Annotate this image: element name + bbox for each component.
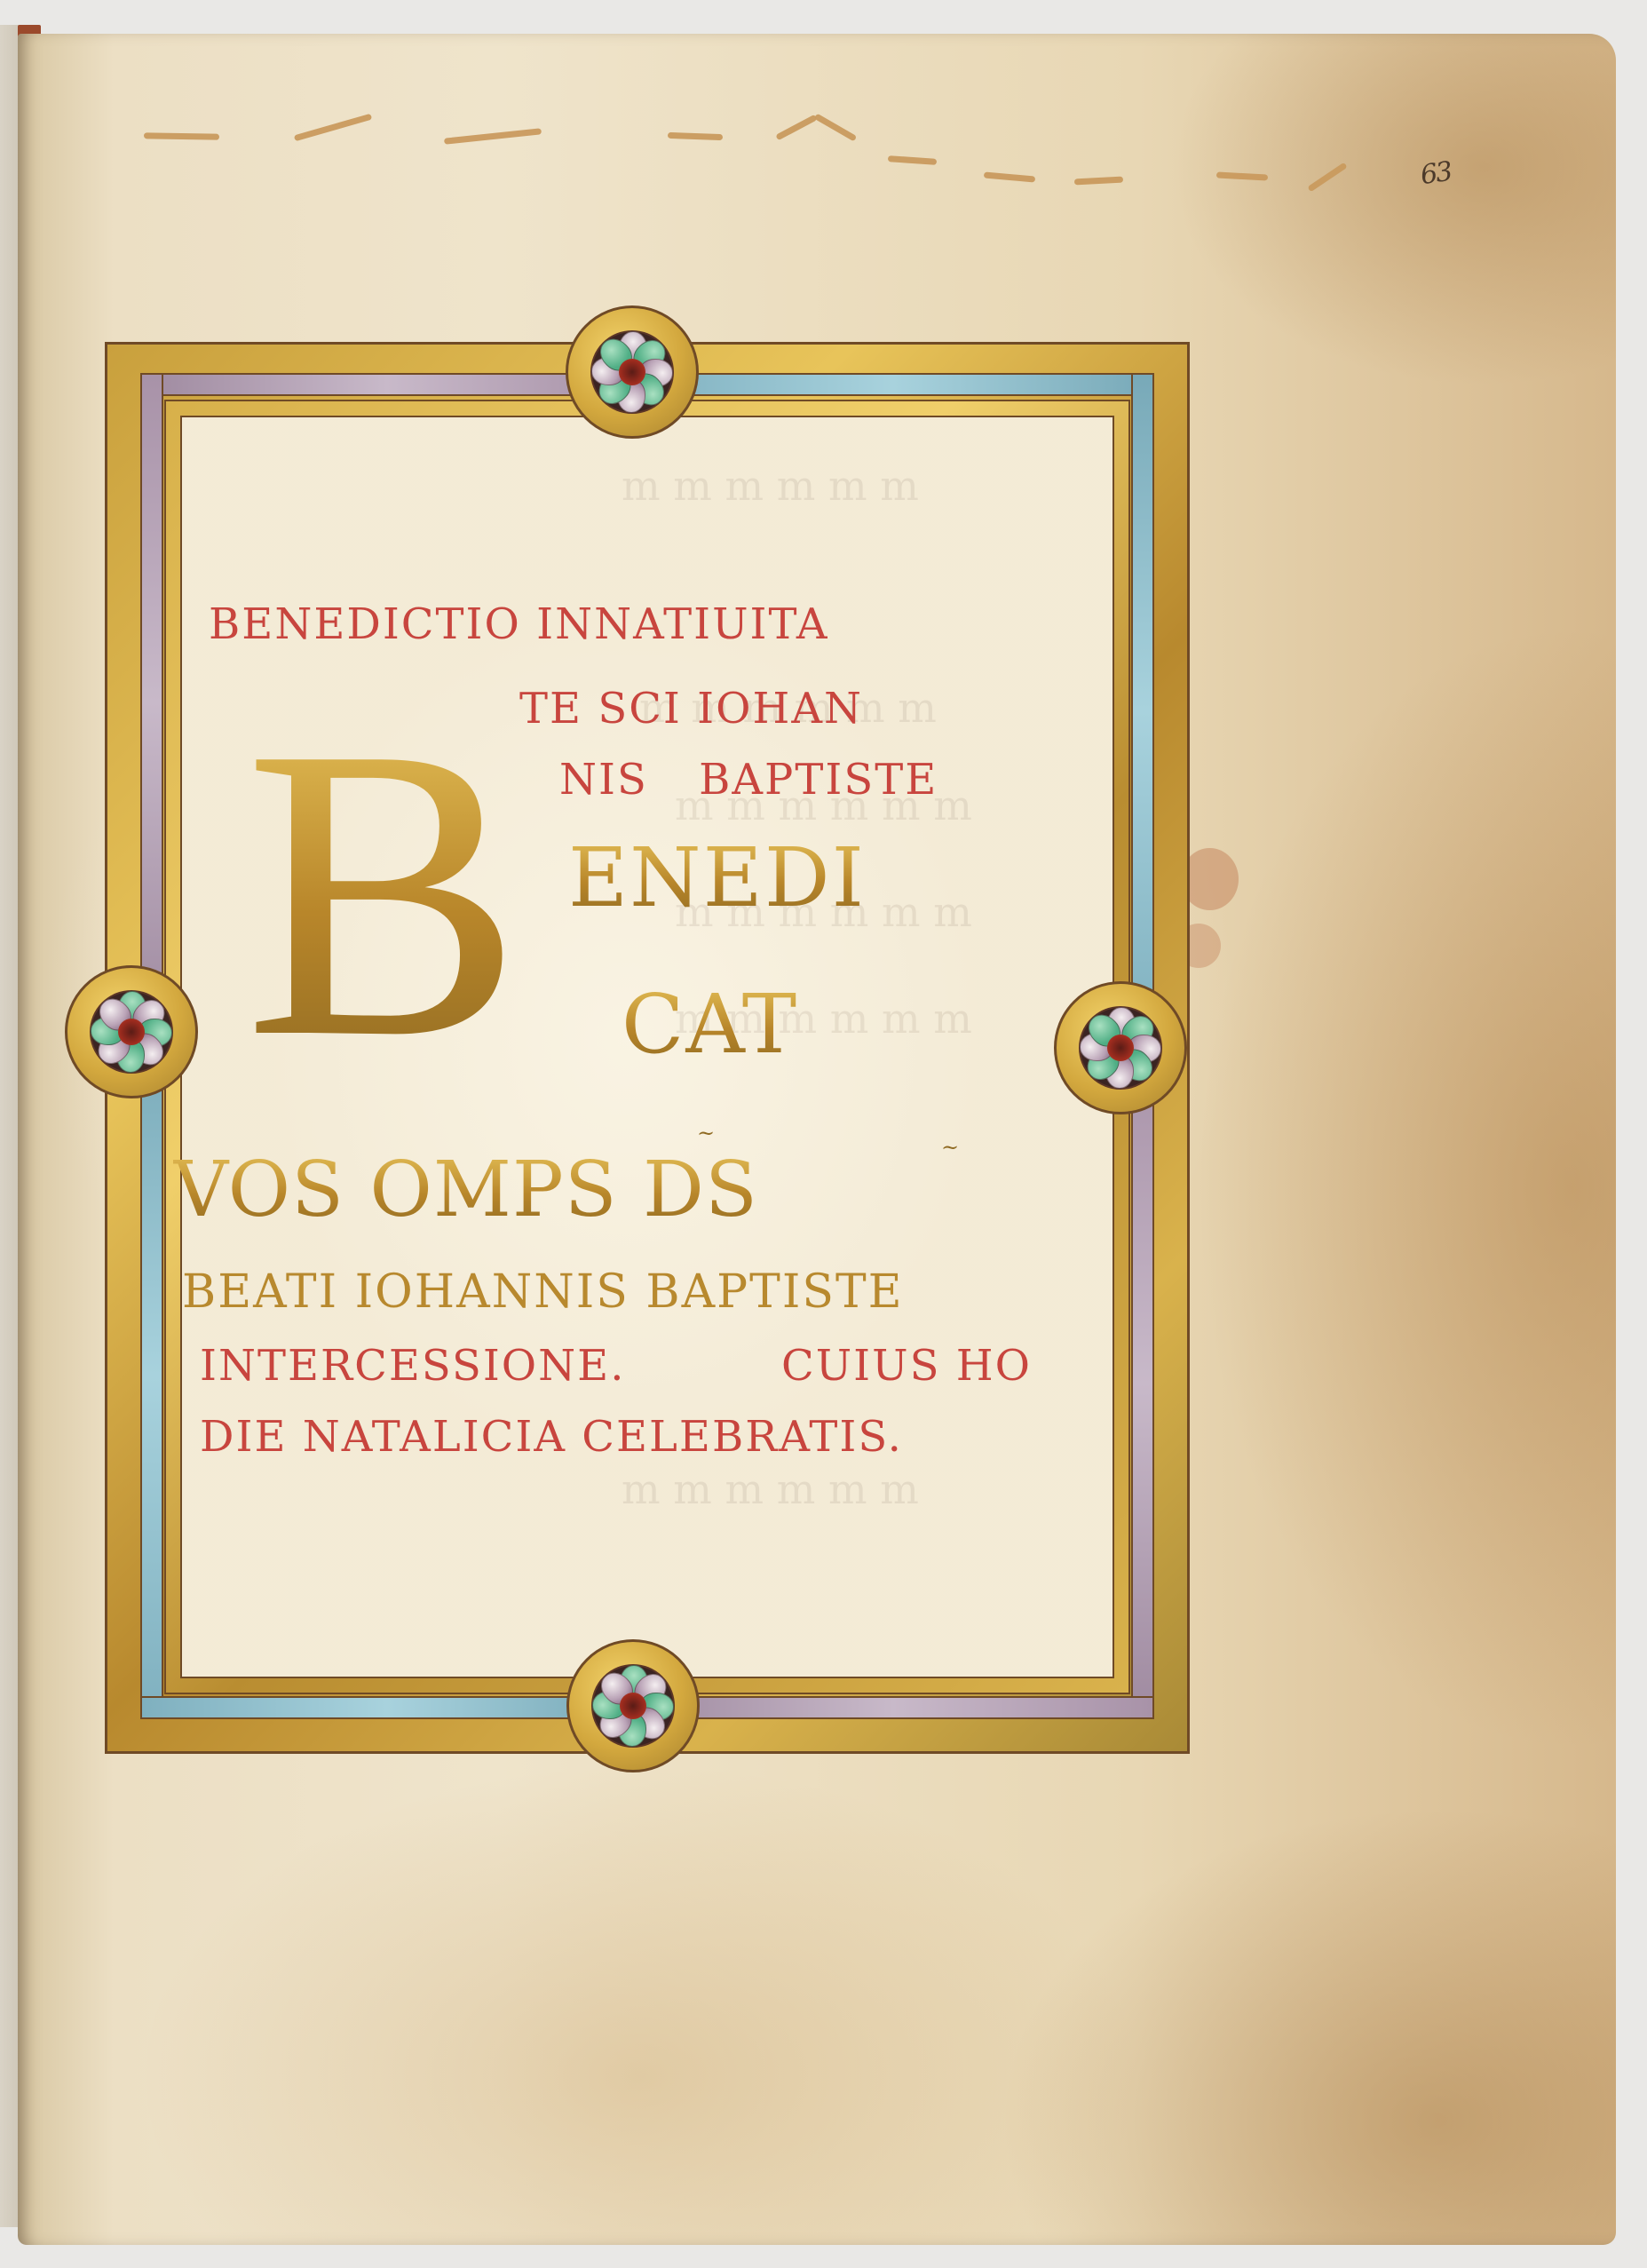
frame-band-left-top bbox=[140, 373, 163, 1032]
frame-band-bottom-left bbox=[140, 1696, 633, 1719]
frame-band-left-bottom bbox=[140, 1032, 163, 1719]
illuminated-initial: B bbox=[244, 684, 523, 1101]
gold-text-line: BEATI IOHANNIS BAPTISTE bbox=[182, 1265, 904, 1319]
frame-band-right-top bbox=[1131, 373, 1154, 1048]
rubric-line-2: TE SCI IOHAN bbox=[519, 684, 863, 734]
rosette-center-icon bbox=[619, 359, 645, 385]
red-text-line-2: DIE NATALICIA CELEBRATIS. bbox=[200, 1412, 903, 1462]
rosette-medallion-top bbox=[566, 305, 699, 439]
show-through-text: m m m m m m bbox=[622, 462, 919, 510]
folio-number: 63 bbox=[1419, 156, 1453, 191]
rosette-center-icon bbox=[620, 1693, 646, 1719]
frame-band-top-right bbox=[632, 373, 1154, 396]
rubric-line-3: NIS BAPTISTE bbox=[559, 755, 938, 805]
rubric-line-1: BENEDICTIO INNATIUITA bbox=[209, 599, 829, 649]
stitch-mark bbox=[144, 132, 219, 139]
abbreviation-mark: ~ bbox=[697, 1121, 713, 1146]
rosette-center-icon bbox=[118, 1019, 145, 1045]
rosette-medallion-bottom bbox=[566, 1639, 700, 1772]
rosette-medallion-right bbox=[1054, 981, 1187, 1114]
rosette-center-icon bbox=[1107, 1035, 1134, 1061]
frame-band-bottom-right bbox=[633, 1696, 1154, 1719]
display-line-1: ENEDI bbox=[568, 830, 866, 925]
display-line-2: CAT bbox=[622, 977, 798, 1072]
red-text-line-1a: INTERCESSIONE. bbox=[200, 1341, 625, 1391]
frame-band-right-bottom bbox=[1131, 1048, 1154, 1719]
display-line-3: VOS OMPS DS bbox=[173, 1146, 758, 1234]
red-text-line-1b: CUIUS HO bbox=[781, 1341, 1032, 1391]
show-through-text: m m m m m m bbox=[622, 1465, 919, 1513]
abbreviation-mark: ~ bbox=[941, 1135, 957, 1160]
frame-band-top-left bbox=[142, 373, 632, 396]
rosette-medallion-left bbox=[65, 965, 198, 1098]
adjacent-page-edge bbox=[0, 25, 20, 2227]
